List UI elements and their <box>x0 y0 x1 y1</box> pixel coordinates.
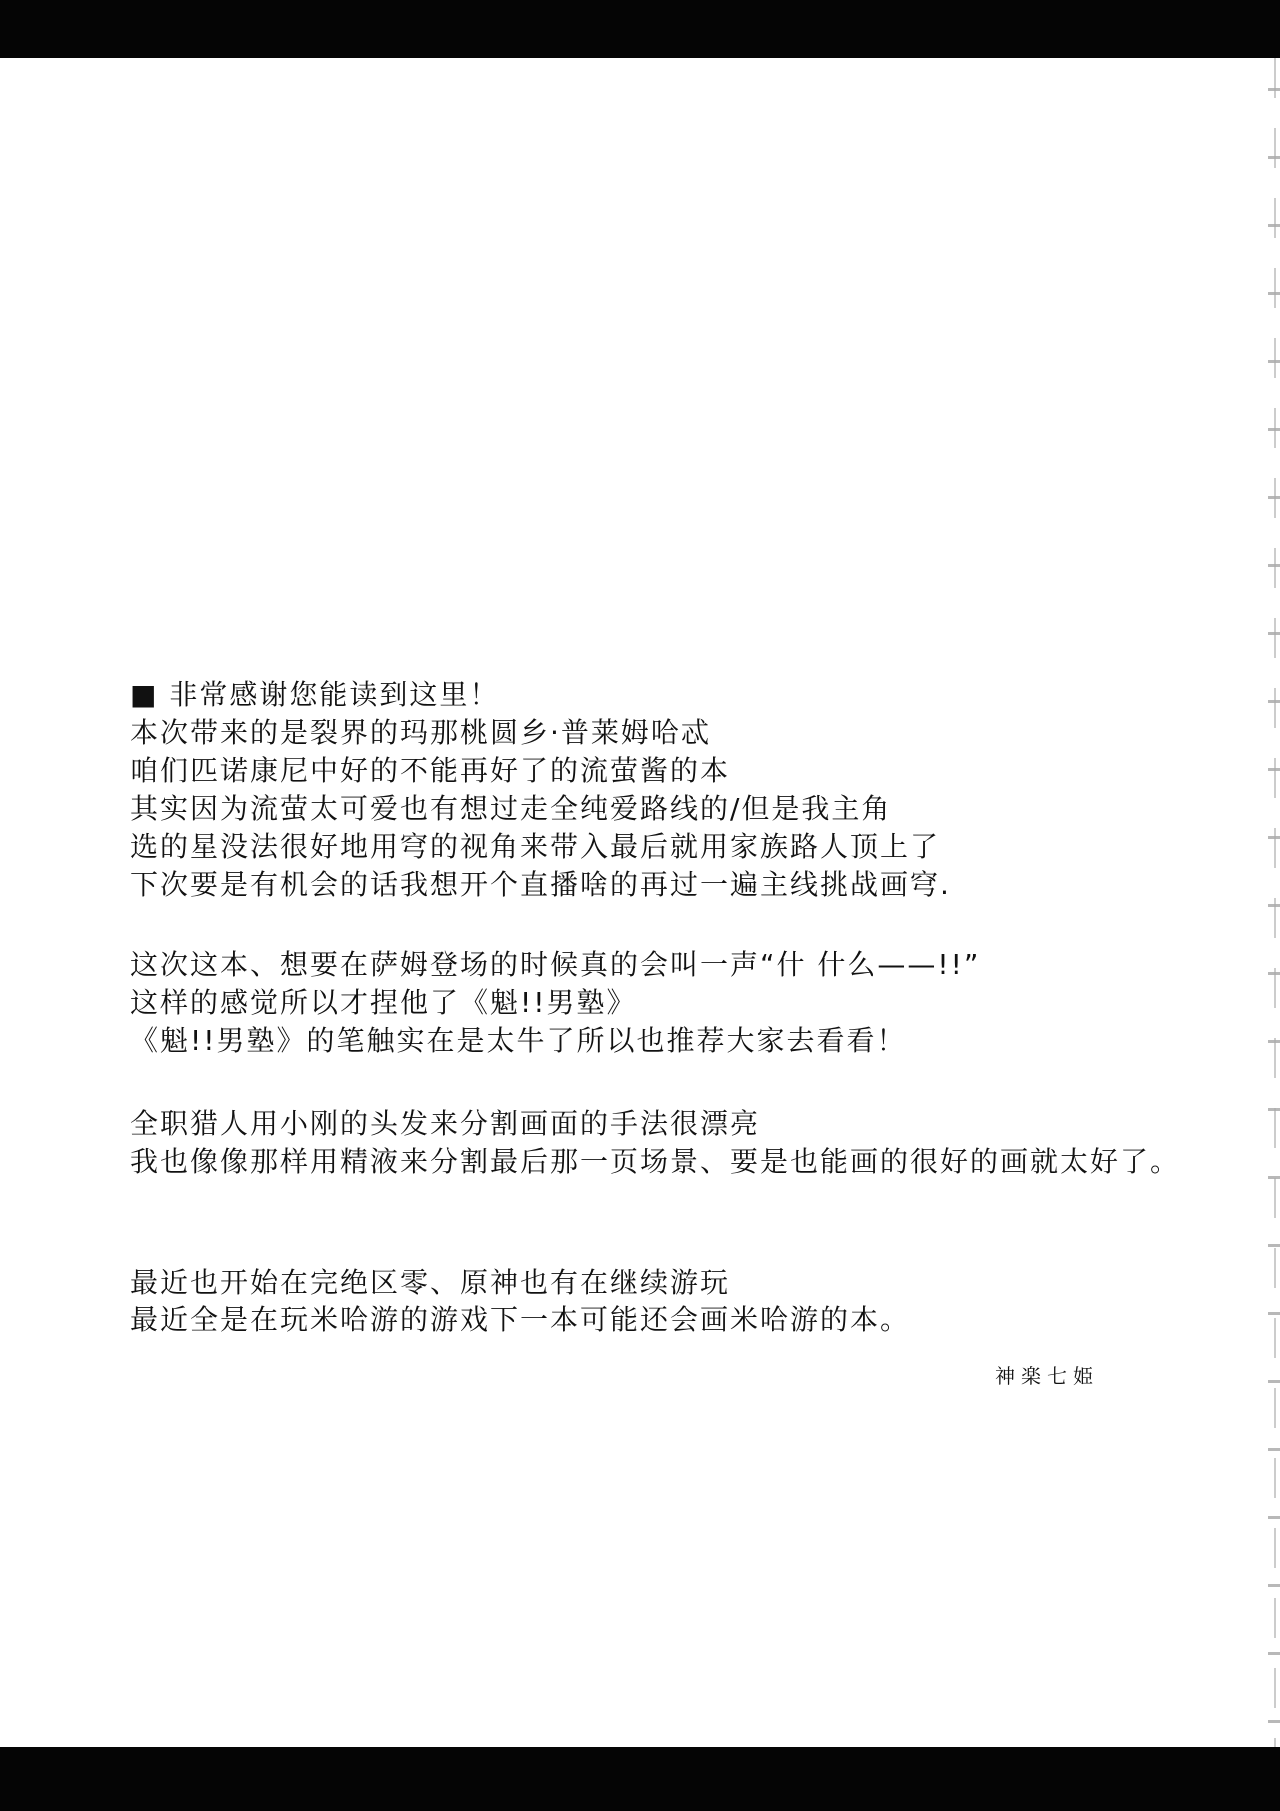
page-edge-line <box>1274 58 1276 1747</box>
text-line: 这样的感觉所以才捏他了《魁!!男塾》 <box>130 984 636 1022</box>
text-line: 咱们匹诺康尼中好的不能再好了的流萤酱的本 <box>130 752 730 790</box>
text-line: 这次这本、想要在萨姆登场的时候真的会叫一声“什 什么——!!” <box>130 946 980 984</box>
text-line: 《魁!!男塾》的笔触实在是太牛了所以也推荐大家去看看！ <box>130 1022 906 1060</box>
text-line: 我也像像那样用精液来分割最后那一页场景、要是也能画的很好的画就太好了。 <box>130 1143 1180 1181</box>
text-line: ■ 非常感谢您能读到这里！ <box>130 676 499 714</box>
text-line: 全职猎人用小刚的头发来分割画面的手法很漂亮 <box>130 1105 760 1143</box>
top-black-border <box>0 0 1280 58</box>
text-line: 最近全是在玩米哈游的游戏下一本可能还会画米哈游的本。 <box>130 1301 910 1339</box>
text-line: 最近也开始在完绝区零、原神也有在继续游玩 <box>130 1264 730 1302</box>
author-signature: 神楽七姫 <box>995 1360 1099 1389</box>
bottom-black-border <box>0 1747 1280 1811</box>
text-line: 选的星没法很好地用穹的视角来带入最后就用家族路人顶上了 <box>130 828 940 866</box>
text-line: 其实因为流萤太可爱也有想过走全纯爱路线的/但是我主角 <box>130 790 891 828</box>
text-line: 本次带来的是裂界的玛那桃圆乡·普莱姆哈忒 <box>130 714 711 752</box>
text-line: 下次要是有机会的话我想开个直播啥的再过一遍主线挑战画穹. <box>130 866 951 904</box>
